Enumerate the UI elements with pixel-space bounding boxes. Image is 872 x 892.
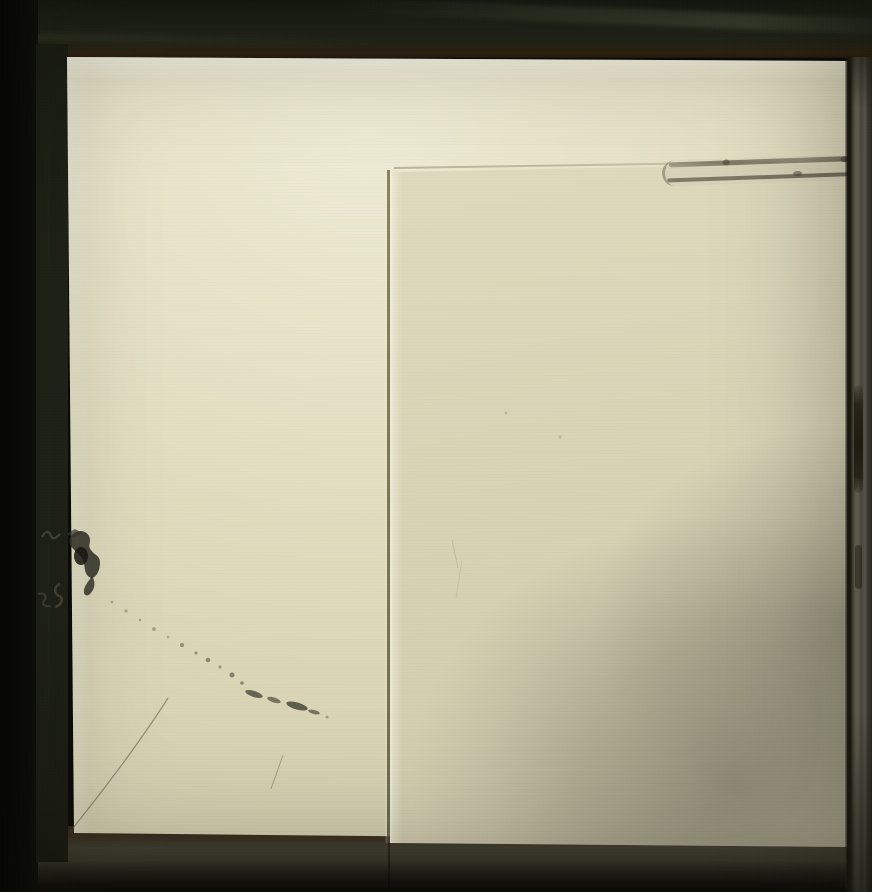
film-grain-overlay [0,0,872,892]
photo-stage [0,0,872,892]
